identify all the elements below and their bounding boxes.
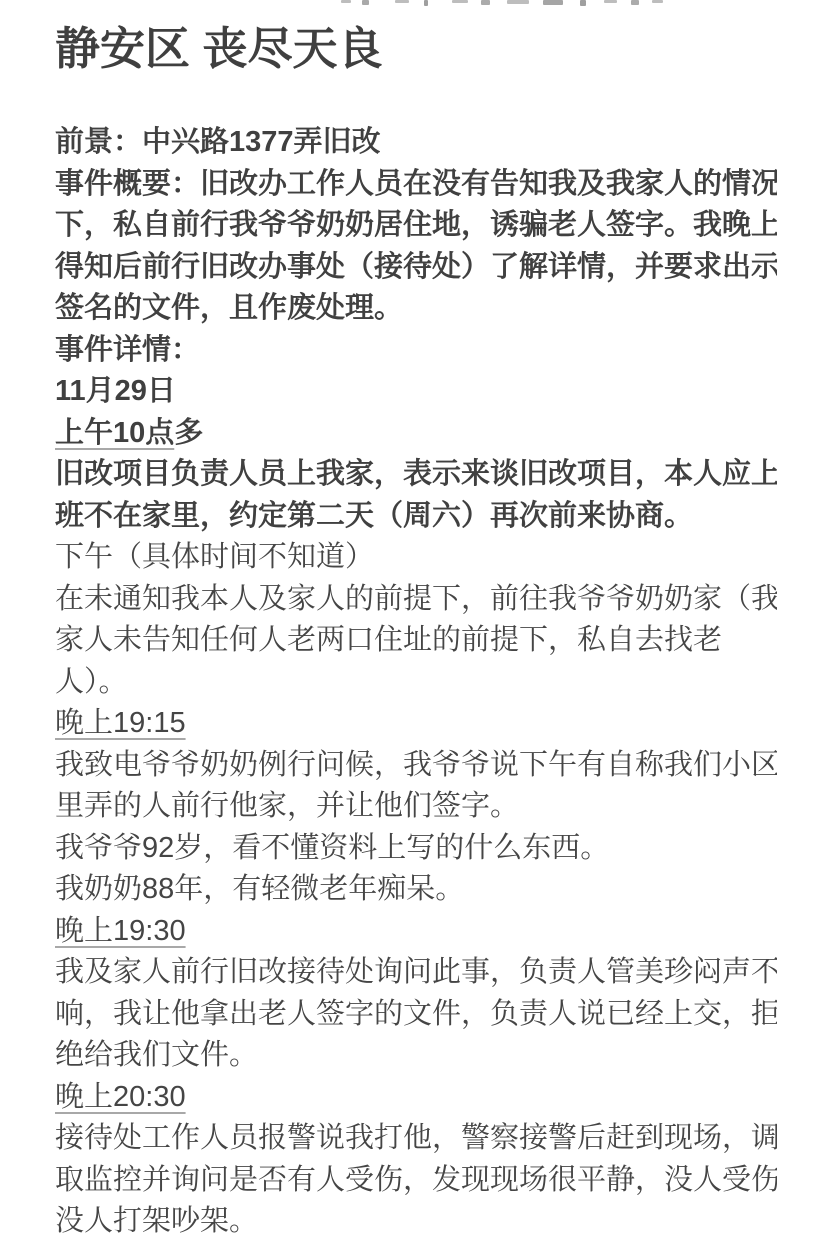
text-line-foreword: 前景：中兴路1377弄旧改 xyxy=(55,122,777,164)
underlined-time: 晚上20:30 xyxy=(55,1081,186,1113)
text-line-grandma: 我奶奶88年，有轻微老年痴呆。 xyxy=(55,869,777,911)
text-line-1930-event: 响，我让他拿出老人签字的文件，负责人说已经上交，拒 xyxy=(55,994,777,1036)
time-rest: 多 xyxy=(174,417,203,449)
text-line-afternoon-event: 家人未告知任何人老两口住址的前提下，私自去找老 xyxy=(55,620,777,662)
underlined-time: 晚上19:30 xyxy=(55,915,186,947)
text-line-summary: 事件概要：旧改办工作人员在没有告知我及我家人的情况 xyxy=(55,164,777,206)
text-line-summary: 得知后前行旧改办事处（接待处）了解详情，并要求出示 xyxy=(55,247,777,289)
text-line-afternoon-event: 人）。 xyxy=(55,662,777,704)
text-line-1915-event: 我致电爷爷奶奶例行问候，我爷爷说下午有自称我们小区 xyxy=(55,745,777,787)
text-line-afternoon-event: 在未通知我本人及家人的前提下，前往我爷爷奶奶家（我 xyxy=(55,579,777,621)
text-line-grandpa: 我爷爷92岁，看不懂资料上写的什么东西。 xyxy=(55,828,777,870)
cropped-glyph-mark xyxy=(543,0,563,5)
text-line-summary: 下，私自前行我爷爷奶奶居住地，诱骗老人签字。我晚上 xyxy=(55,205,777,247)
cropped-glyph-mark xyxy=(362,0,369,5)
cropped-glyph-mark xyxy=(652,0,663,3)
page-title: 静安区 丧尽天良 xyxy=(55,22,383,76)
cropped-glyph-mark xyxy=(580,0,586,6)
text-line-details-heading: 事件详情： xyxy=(55,330,777,372)
timestamp-2030: 晚上20:30 xyxy=(55,1077,777,1119)
text-line-date: 11月29日 xyxy=(55,371,777,413)
timestamp-afternoon: 下午（具体时间不知道） xyxy=(55,537,777,579)
timestamp-1915: 晚上19:15 xyxy=(55,703,777,745)
text-line-2030-event: 接待处工作人员报警说我打他，警察接警后赶到现场，调 xyxy=(55,1118,777,1160)
document-text: 前景：中兴路1377弄旧改 事件概要：旧改办工作人员在没有告知我及我家人的情况 … xyxy=(55,122,777,1237)
timestamp-1930: 晚上19:30 xyxy=(55,911,777,953)
cropped-glyph-mark xyxy=(604,0,617,3)
text-line-2030-event: 没人打架吵架。 xyxy=(55,1201,777,1237)
cropped-glyph-mark xyxy=(481,0,490,5)
timestamp-morning: 上午10点多 xyxy=(55,413,777,455)
cropped-top-text xyxy=(0,0,828,8)
text-line-2030-event: 取监控并询问是否有人受伤，发现现场很平静，没人受伤 xyxy=(55,1160,777,1202)
text-line-morning-event: 旧改项目负责人员上我家，表示来谈旧改项目，本人应上 xyxy=(55,454,777,496)
cropped-glyph-mark xyxy=(341,0,351,3)
cropped-glyph-mark xyxy=(452,0,468,3)
cropped-glyph-mark xyxy=(507,0,529,4)
cropped-glyph-mark xyxy=(395,0,409,3)
cropped-glyph-mark xyxy=(631,0,639,5)
text-line-morning-event: 班不在家里，约定第二天（周六）再次前来协商。 xyxy=(55,496,777,538)
underlined-time: 晚上19:15 xyxy=(55,707,186,739)
underlined-time: 上午10点 xyxy=(55,417,174,449)
text-line-summary: 签名的文件，且作废处理。 xyxy=(55,288,777,330)
text-line-1930-event: 我及家人前行旧改接待处询问此事，负责人管美珍闷声不 xyxy=(55,952,777,994)
cropped-glyph-mark xyxy=(424,0,428,6)
text-line-1930-event: 绝给我们文件。 xyxy=(55,1035,777,1077)
text-line-1915-event: 里弄的人前行他家，并让他们签字。 xyxy=(55,786,777,828)
document-page: { "page": { "title": "静安区 丧尽天良", "text_c… xyxy=(0,0,828,1237)
